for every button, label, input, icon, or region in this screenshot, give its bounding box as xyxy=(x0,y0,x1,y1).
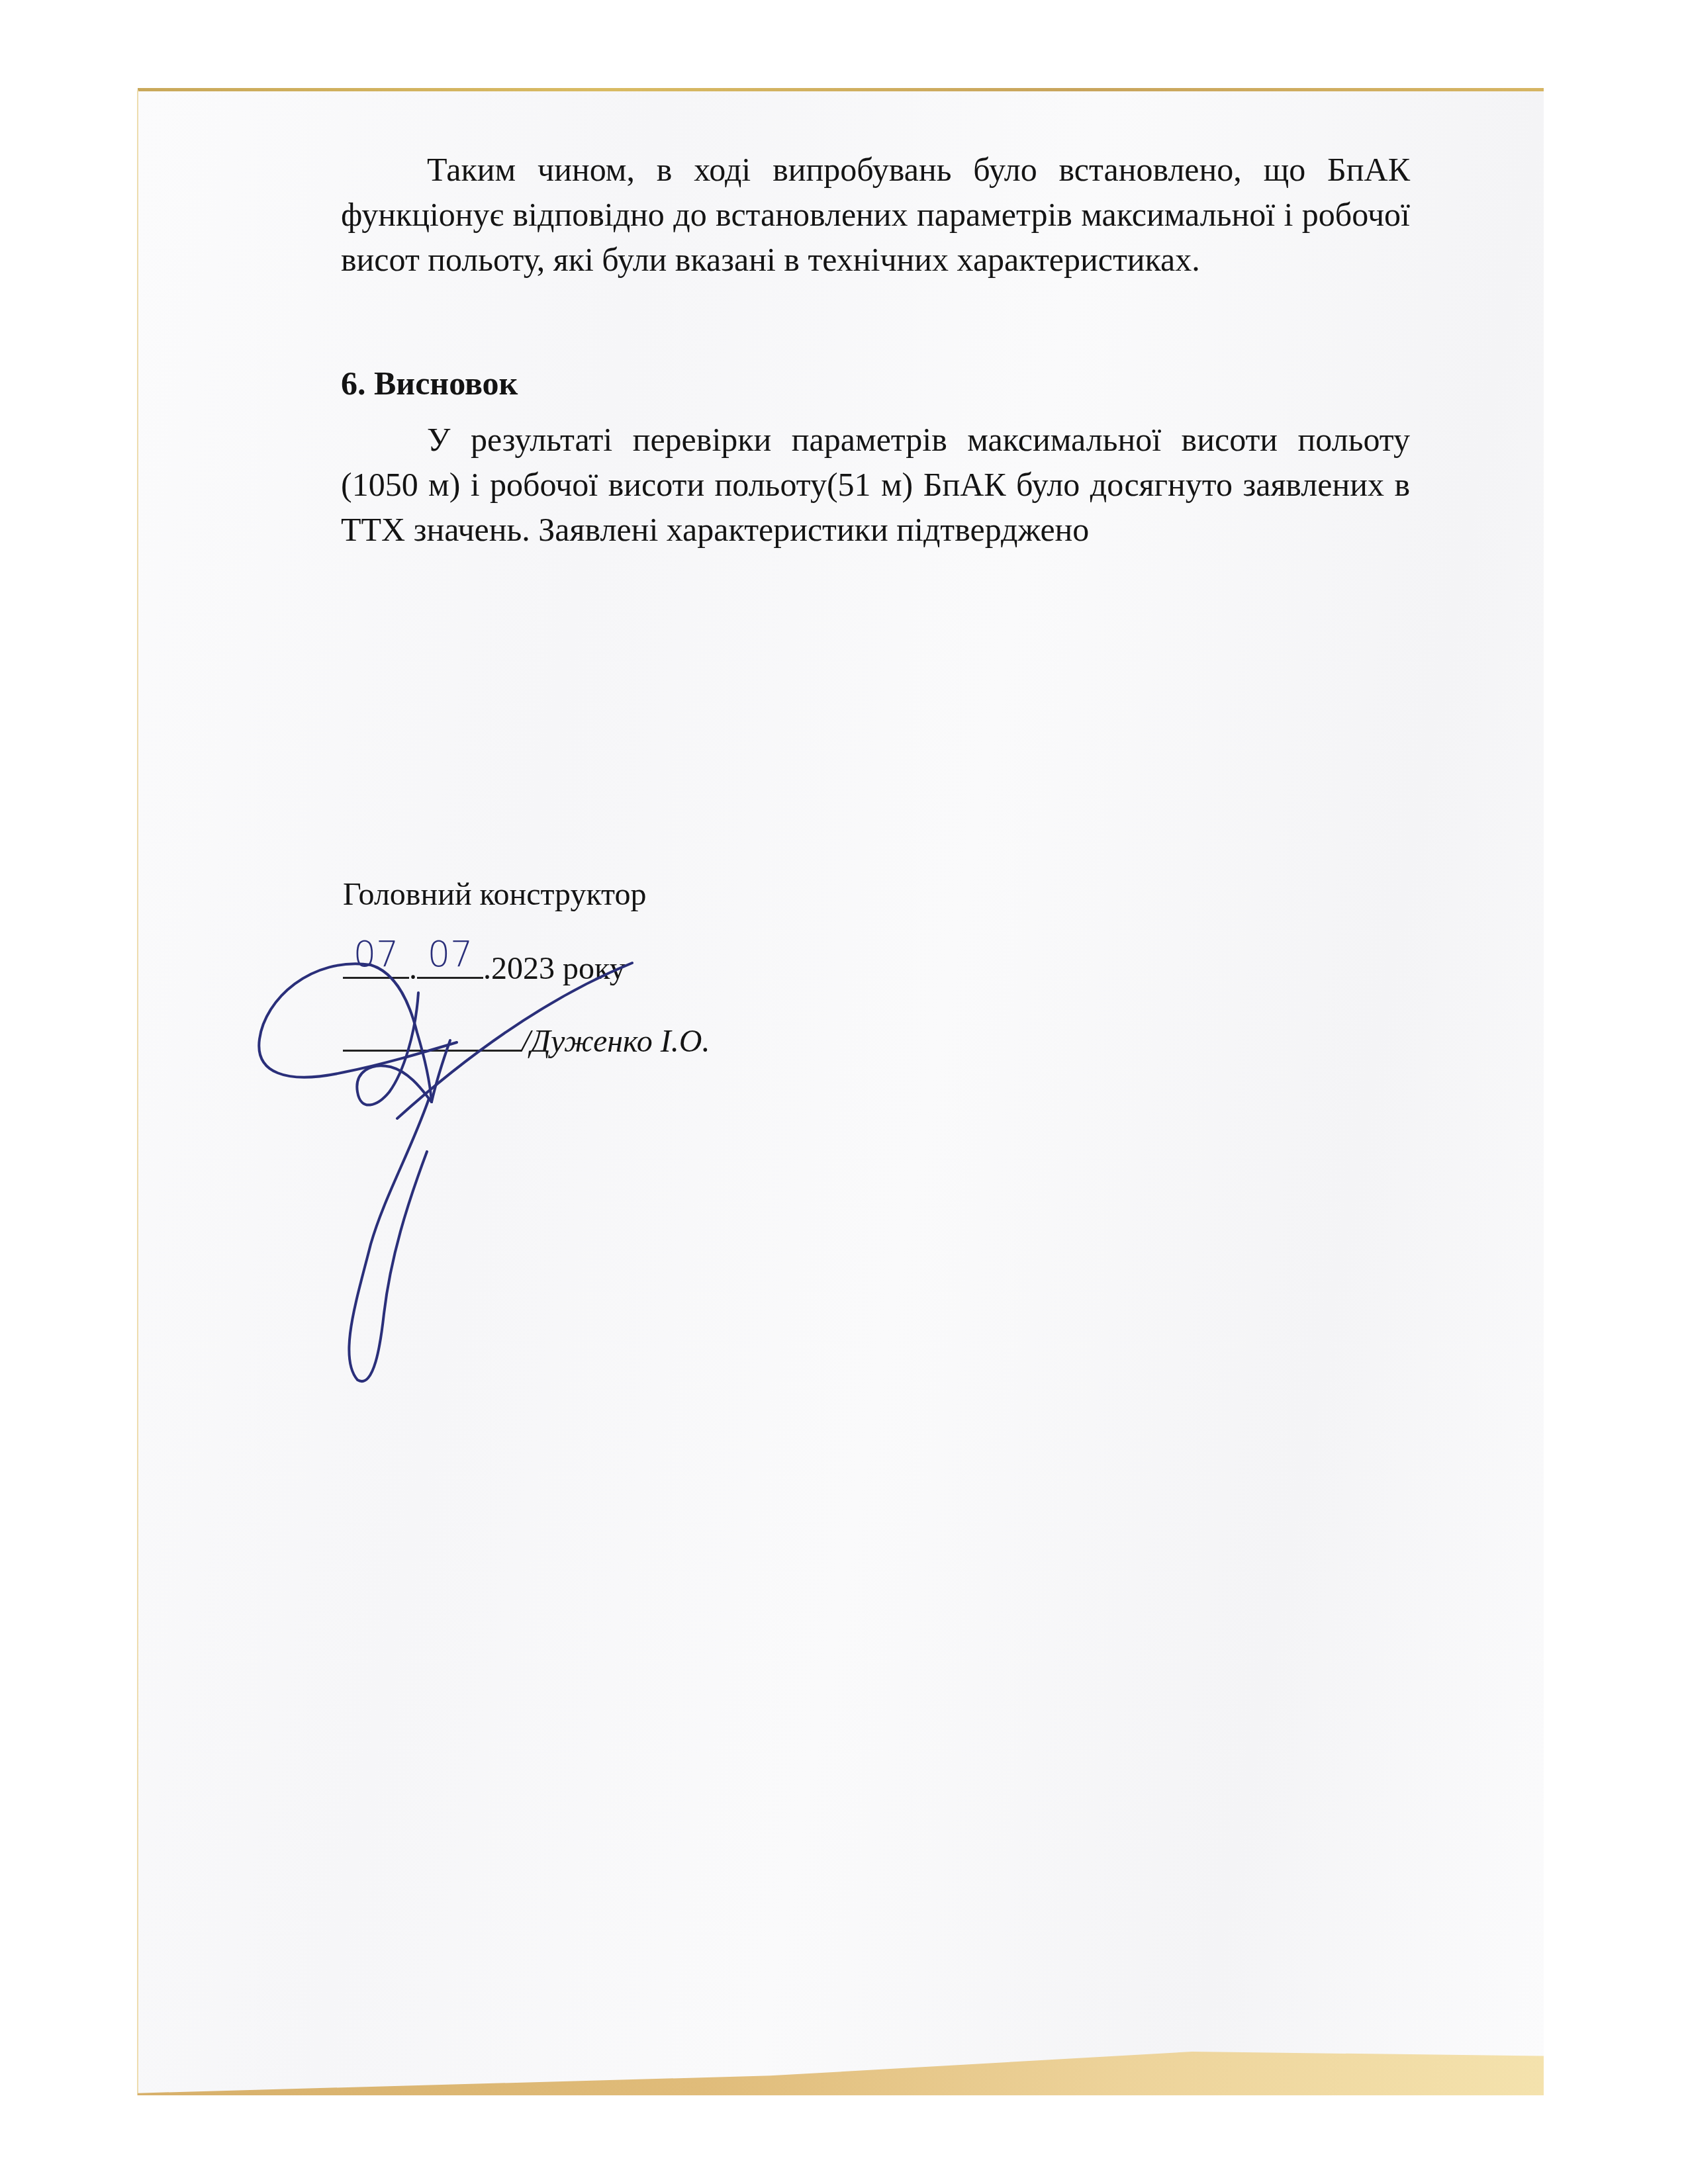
page-left-edge xyxy=(137,90,138,2095)
day-blank: 07 xyxy=(343,946,409,979)
date-year: .2023 року xyxy=(483,951,626,986)
handwritten-month: 07 xyxy=(417,934,483,974)
date-separator: . xyxy=(409,951,417,986)
signature-line xyxy=(343,1019,522,1052)
month-blank: 07 xyxy=(417,946,483,979)
handwritten-day: 07 xyxy=(343,934,409,974)
signature-date: 07 . 07 .2023 року xyxy=(343,946,626,989)
signatory-name: /Дуженко І.О. xyxy=(522,1024,710,1059)
conclusion-paragraph: У результаті перевірки параметрів максим… xyxy=(341,417,1410,552)
section-heading: 6. Висновок xyxy=(341,361,1410,406)
position-title: Головний конструктор xyxy=(343,875,646,915)
page-top-edge xyxy=(138,88,1544,91)
conclusion-intro-paragraph: Таким чином, в ході випробувань було вст… xyxy=(341,147,1410,282)
signatory-row: /Дуженко І.О. xyxy=(343,1019,710,1062)
